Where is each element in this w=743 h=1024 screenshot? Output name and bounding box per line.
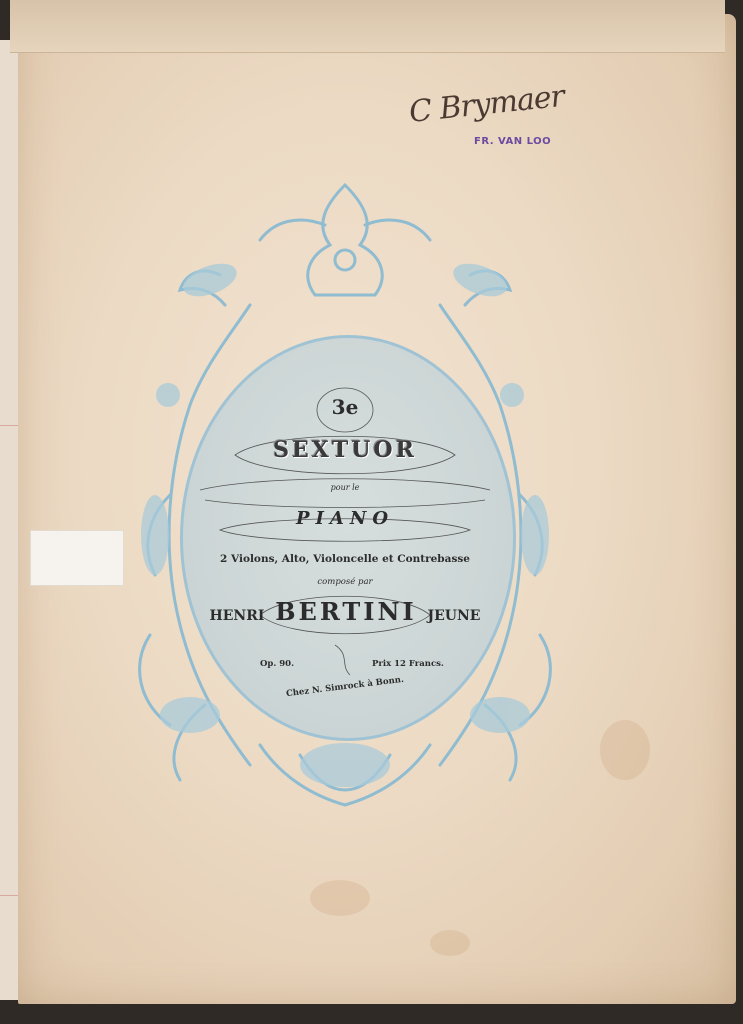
pour-le-text: pour le (110, 483, 580, 492)
ornamental-cartouche: 3e SEXTUOR pour le PIANO 2 Violons, Alto… (110, 165, 580, 815)
opus-number: Op. 90. (260, 659, 294, 669)
composer-last-name: BERTINI (275, 597, 416, 626)
accompaniment-text: 2 Violons, Alto, Violoncelle et Contreba… (110, 553, 580, 565)
foxing-stain (430, 930, 470, 956)
composer-first-name: HENRI (210, 608, 265, 624)
work-title: SEXTUOR (110, 437, 580, 463)
foxing-stain (310, 880, 370, 916)
composer-name: HENRI BERTINI JEUNE (110, 597, 580, 626)
torn-top-edge (10, 0, 725, 53)
sextet-number: 3e (110, 395, 580, 419)
foxing-stain (600, 720, 650, 780)
owner-stamp: FR. VAN LOO (474, 136, 551, 147)
instrument-title: PIANO (110, 508, 580, 529)
composed-by-text: composé par (110, 577, 580, 587)
price-text: Prix 12 Francs. (372, 659, 444, 669)
composer-suffix: JEUNE (428, 608, 481, 624)
